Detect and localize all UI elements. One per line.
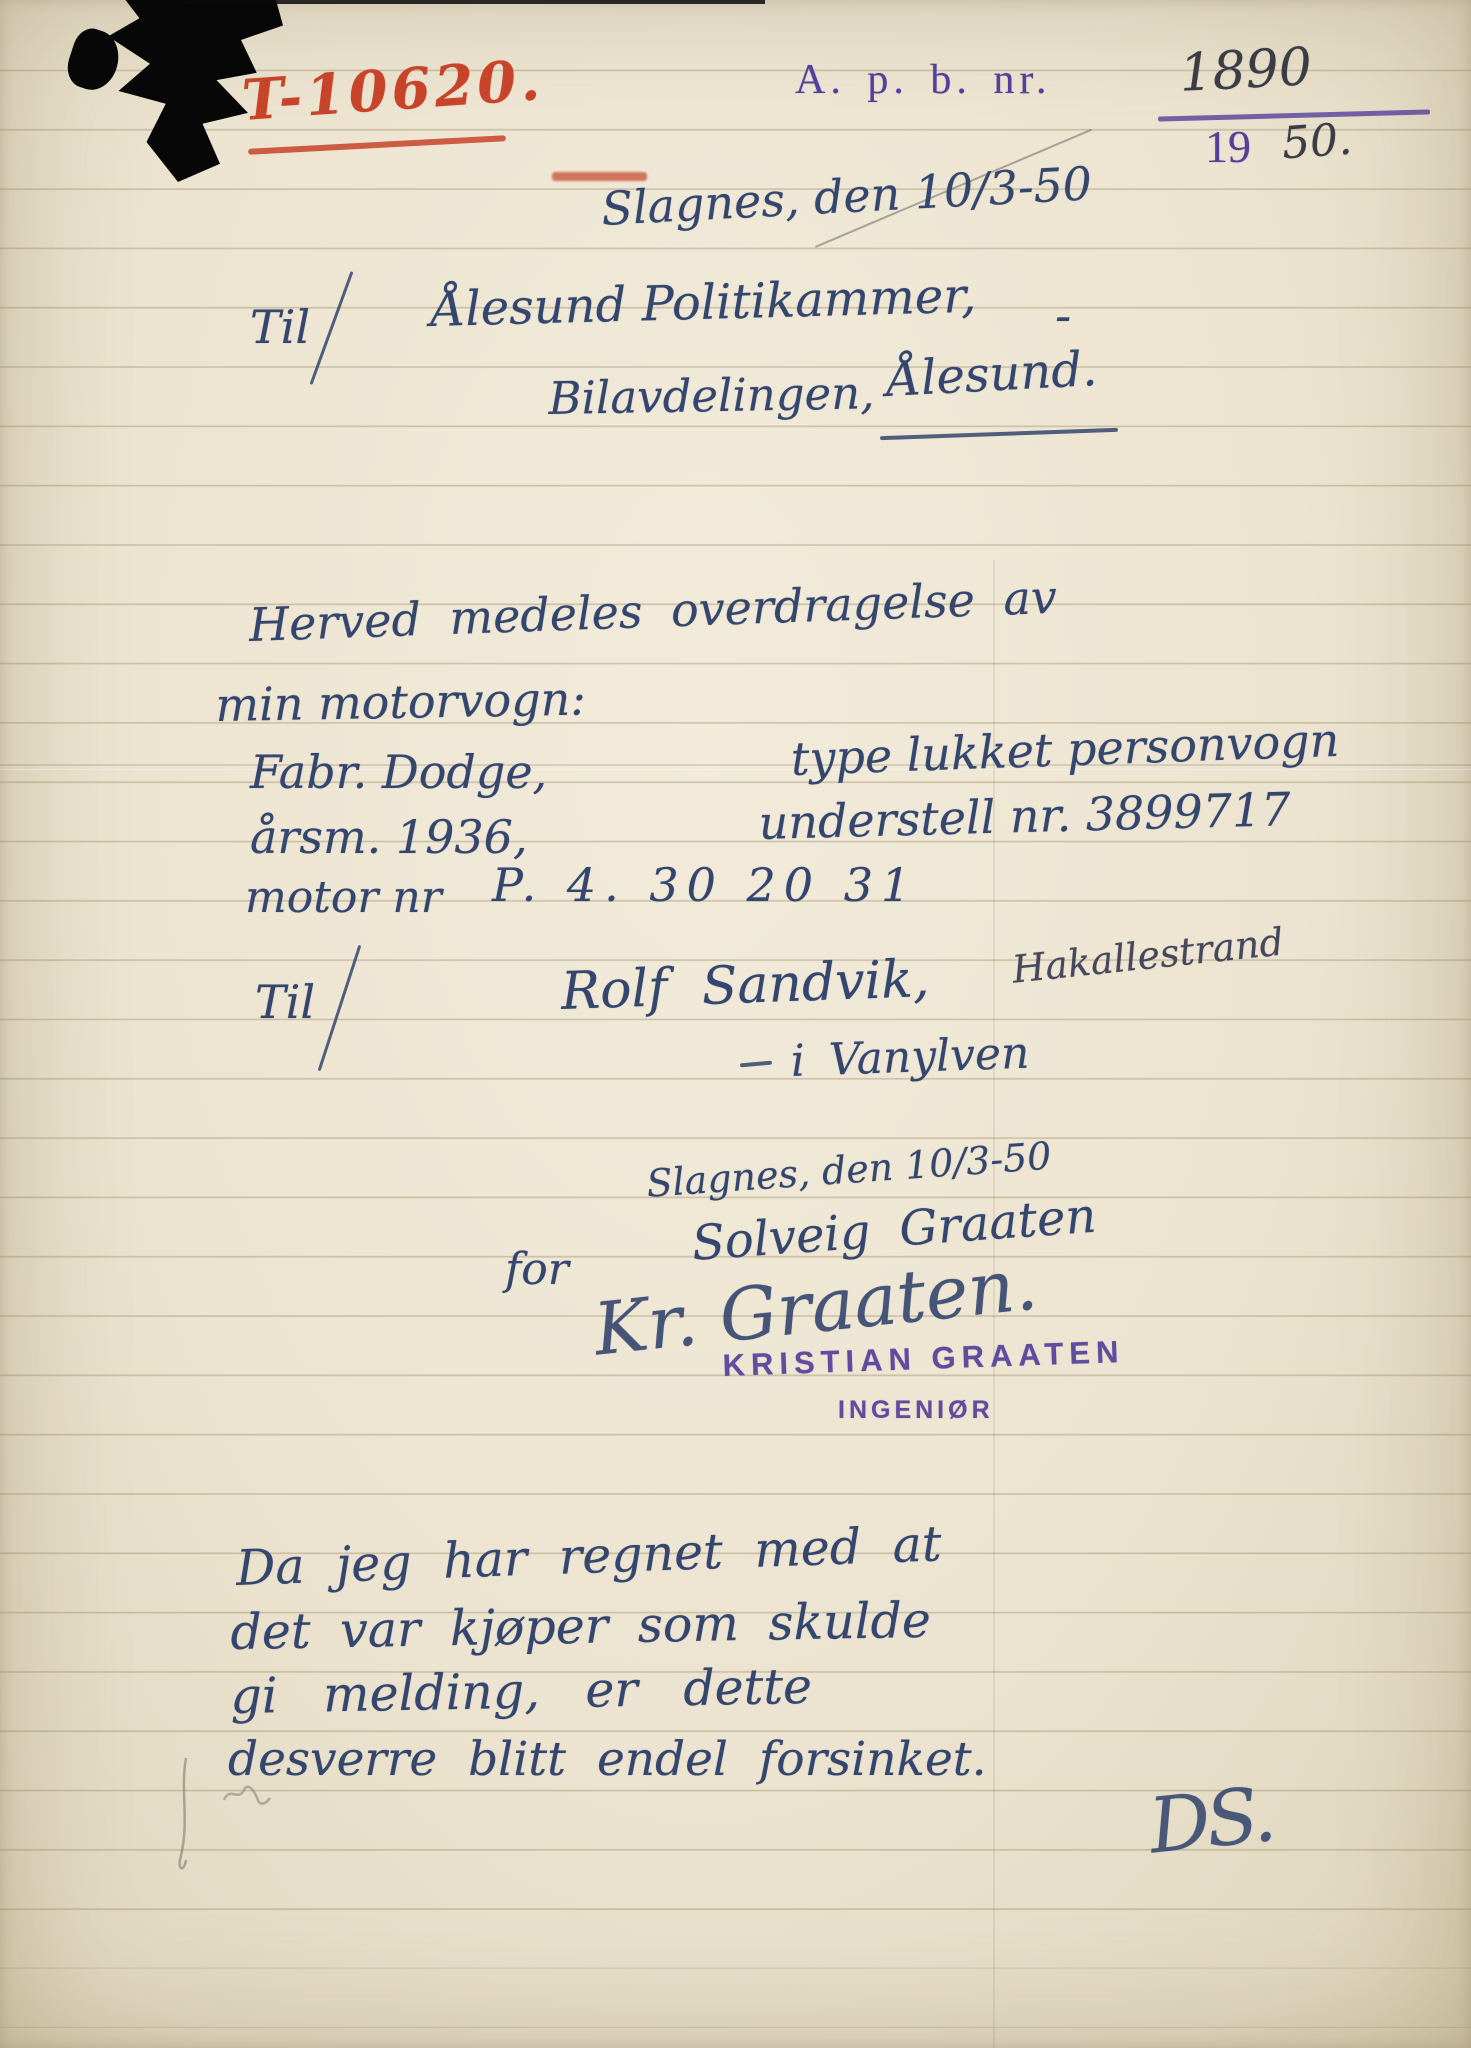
recipient-til: Til [250, 300, 310, 354]
body-line3b: type lukket personvogn [790, 713, 1340, 786]
postscript-line1: Da jeg har regnet med at [235, 1515, 942, 1597]
pencil-marks [172, 1752, 322, 1892]
body-line4b: understell nr. 3899717 [758, 782, 1291, 850]
buyer-place2-leadstroke [740, 1061, 772, 1068]
apb-year-prefix: 19 [1205, 120, 1251, 173]
body-line1: Herved medeles overdragelse av [248, 570, 1058, 652]
body-line2: min motorvogn: [215, 672, 586, 732]
apb-year-suffix: 50. [1280, 114, 1353, 170]
buyer-place2: i Vanylven [790, 1028, 1030, 1087]
postscript-line2: det var kjøper som skulde [230, 1592, 931, 1661]
buyer-til-flourish [318, 945, 362, 1071]
recipient-line2: Bilavdelingen, [548, 366, 875, 425]
body-line3a: Fabr. Dodge, [250, 745, 547, 799]
letter-page: T-10620. A. p. b. nr. 1890 19 50. Slagne… [0, 0, 1471, 2048]
archive-number-underline [248, 135, 506, 154]
paper-top-edge [185, 0, 765, 4]
body-line4a: årsm. 1936, [250, 810, 528, 864]
buyer-til: Til [255, 975, 315, 1029]
archive-number: T-10620. [240, 47, 546, 134]
recipient-line1: Ålesund Politikammer, [430, 268, 977, 338]
apb-number: 1890 [1178, 37, 1313, 104]
body-line5a: motor nr [245, 872, 442, 923]
ink-stamp-title: INGENIØR [838, 1396, 994, 1425]
signature-for: for [505, 1244, 569, 1295]
postscript-line4: desverre blitt endel forsinket. [228, 1732, 987, 1787]
recipient-city-underline [880, 428, 1118, 440]
closing-initials: DS. [1145, 1769, 1276, 1870]
recipient-dash: - [1055, 288, 1071, 344]
apb-stamp-label: A. p. b. nr. [795, 56, 1052, 104]
buyer-place1: Hakallestrand [1010, 919, 1286, 991]
recipient-city: Ålesund. [885, 341, 1099, 408]
postscript-line3: gi melding, er dette [230, 1658, 813, 1725]
dateline-top: Slagnes, den 10/3-50 [600, 156, 1093, 236]
buyer-name: Rolf Sandvik, [560, 949, 930, 1022]
body-line5b: P. 4. 30 20 31 [492, 858, 918, 912]
til-flourish [310, 271, 354, 385]
